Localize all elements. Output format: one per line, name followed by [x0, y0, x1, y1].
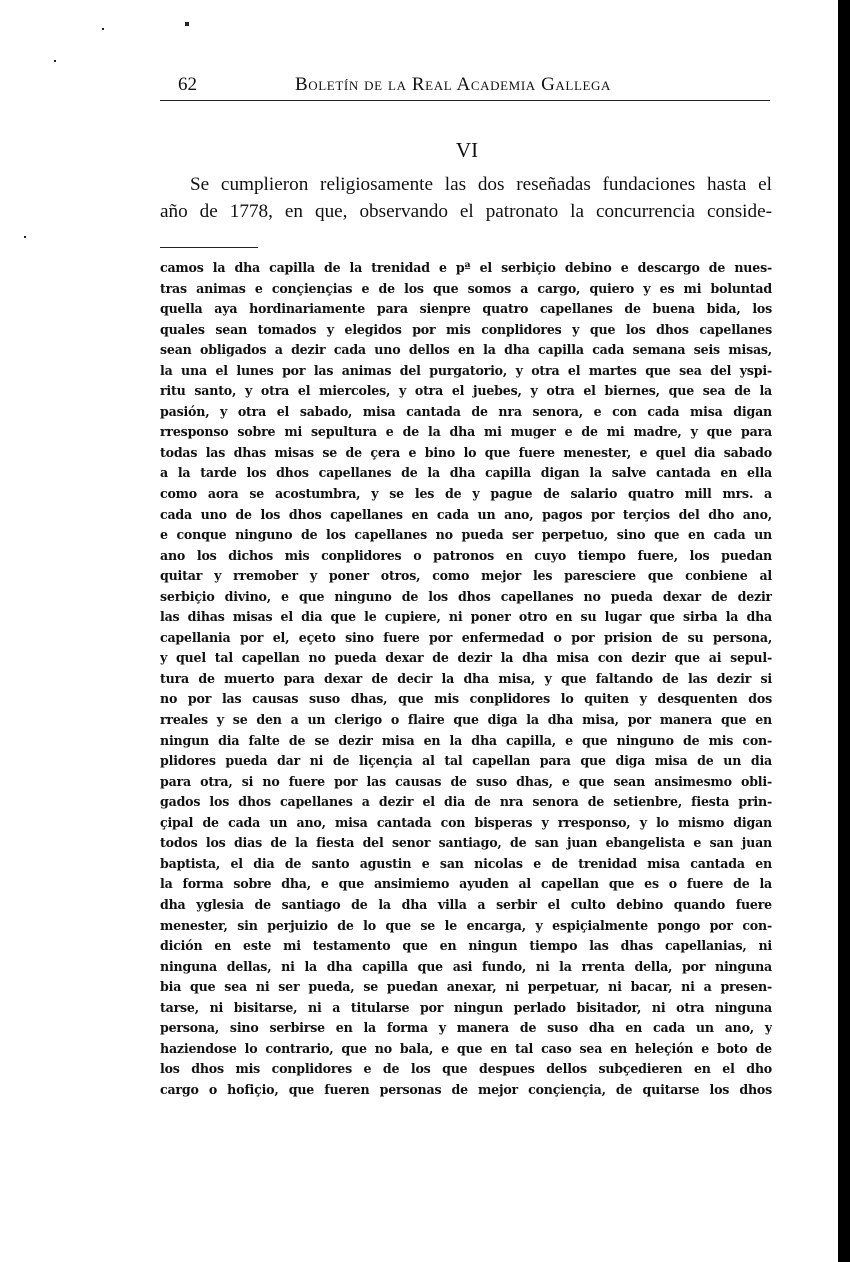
running-title: Boletín de la Real Academia Gallega: [295, 74, 611, 96]
footnote-line: dha yglesia de santiago de la dha villa …: [160, 895, 772, 916]
footnote-line: todos los dias de la fiesta del senor sa…: [160, 833, 772, 854]
footnote-line: ano los dichos mis conplidores o patrono…: [160, 546, 772, 567]
footnote-line: todas las dhas misas se de çera e bino l…: [160, 443, 772, 464]
footnote-line: quales sean tomados y elegidos por mis c…: [160, 320, 772, 341]
binding-edge-shadow: [838, 0, 850, 1262]
footnote-line: persona, sino serbirse en la forma y man…: [160, 1018, 772, 1039]
section-heading: VI: [0, 138, 850, 163]
footnote-line: tura de muerto para dexar de decir la dh…: [160, 669, 772, 690]
footnote-line: sean obligados a dezir cada uno dellos e…: [160, 340, 772, 361]
scan-speck: [185, 22, 189, 26]
footnote-line: pasión, y otra el sabado, misa cantada d…: [160, 402, 772, 423]
footnote-line: tras animas e conçiençias e de los que s…: [160, 279, 772, 300]
footnote-line: rreales y se den a un clerigo o flaire q…: [160, 710, 772, 731]
footnote-line: dición en este mi testamento que en ning…: [160, 936, 772, 957]
footnote-line: la forma sobre dha, e que ansimiemo ayud…: [160, 874, 772, 895]
footnote-line: plidores pueda dar ni de liçençia al tal…: [160, 751, 772, 772]
footnote-line: baptista, el dia de santo agustin e san …: [160, 854, 772, 875]
footnote-line: ninguna dellas, ni la dha capilla que as…: [160, 957, 772, 978]
body-line: año de 1778, en que, observando el patro…: [160, 198, 772, 225]
footnote-line: las dihas misas el dia que le cupiere, n…: [160, 607, 772, 628]
body-line: Se cumplieron religiosamente las dos res…: [160, 171, 772, 198]
header-rule: [160, 100, 770, 101]
footnote-line: tarse, ni bisitarse, ni a titularse por …: [160, 998, 772, 1019]
footnote-line: menester, sin perjuizio de lo que se le …: [160, 916, 772, 937]
scan-speck: [24, 236, 26, 238]
footnote-line: çipal de cada un ano, misa cantada con b…: [160, 813, 772, 834]
footnote-line: ningun dia falte de se dezir misa en la …: [160, 731, 772, 752]
scan-speck: [102, 28, 104, 30]
footnote-line: cargo o hofiçio, que fueren personas de …: [160, 1080, 772, 1101]
footnote-line: para otra, si no fuere por las causas de…: [160, 772, 772, 793]
footnote-line: gados los dhos capellanes a dezir el dia…: [160, 792, 772, 813]
body-paragraph: Se cumplieron religiosamente las dos res…: [160, 171, 772, 225]
footnote-line: serbiçio divino, e que ninguno de los dh…: [160, 587, 772, 608]
page-number: 62: [178, 74, 197, 96]
footnote-line: como aora se acostumbra, y se les de y p…: [160, 484, 772, 505]
footnote-line: quella aya hordinariamente para sienpre …: [160, 299, 772, 320]
footnote-line: ritu santo, y otra el miercoles, y otra …: [160, 381, 772, 402]
footnote-line: quitar y rremober y poner otros, como me…: [160, 566, 772, 587]
footnote-line: capellania por el, eçeto sino fuere por …: [160, 628, 772, 649]
footnote-line: los dhos mis conplidores e de los que de…: [160, 1059, 772, 1080]
footnote-line: bia que sea ni ser pueda, se puedan anex…: [160, 977, 772, 998]
footnote-line: y quel tal capellan no pueda dexar de de…: [160, 648, 772, 669]
footnote-line: haziendose lo contrario, que no bala, e …: [160, 1039, 772, 1060]
footnote-line: la una el lunes por las animas del purga…: [160, 361, 772, 382]
footnote-block: camos la dha capilla de la trenidad e pª…: [160, 258, 772, 1100]
scan-speck: [54, 60, 56, 62]
running-header: 62 Boletín de la Real Academia Gallega: [160, 74, 770, 98]
footnote-line: no por las causas suso dhas, que mis con…: [160, 689, 772, 710]
scanned-page: 62 Boletín de la Real Academia Gallega V…: [0, 0, 850, 1262]
footnote-line: camos la dha capilla de la trenidad e pª…: [160, 258, 772, 279]
footnote-line: cada uno de los dhos capellanes en cada …: [160, 505, 772, 526]
footnote-line: rresponso sobre mi sepultura e de la dha…: [160, 422, 772, 443]
footnote-line: a la tarde los dhos capellanes de la dha…: [160, 463, 772, 484]
footnote-line: e conque ninguno de los capellanes no pu…: [160, 525, 772, 546]
footnote-rule: [160, 247, 258, 248]
